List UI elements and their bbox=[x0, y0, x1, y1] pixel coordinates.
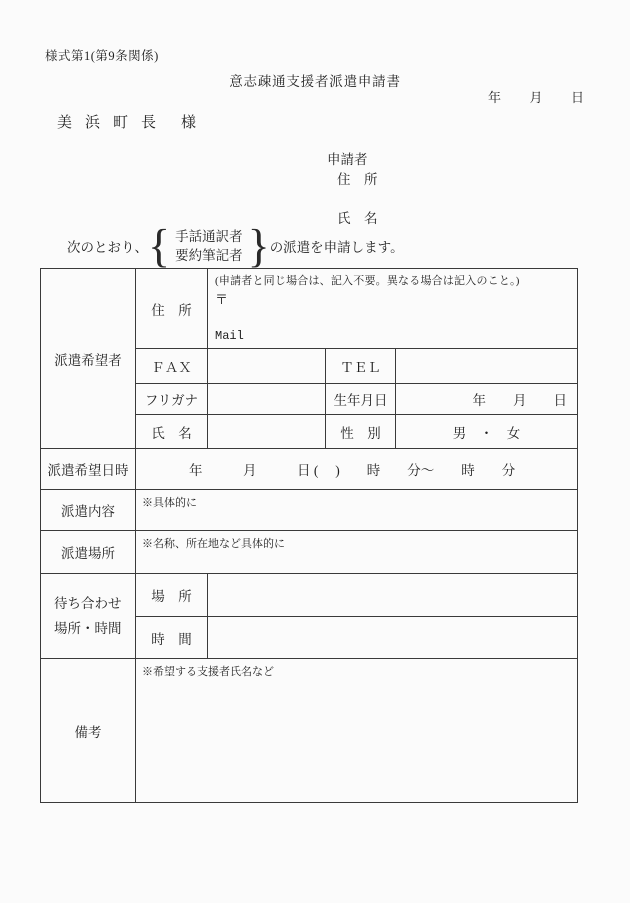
datetime-label: 派遣希望日時 bbox=[41, 449, 136, 490]
addressee: 美浜町長 様 bbox=[57, 111, 196, 132]
table-row: 派遣希望日時 年 月 日 ( ) 時 分～ 時 分 bbox=[41, 449, 578, 490]
intro-suffix: の派遣を申請します。 bbox=[270, 236, 404, 256]
mail-label: Mail bbox=[215, 329, 570, 343]
applicant-label: 申請者 bbox=[327, 148, 368, 168]
meeting-time-label: 時 間 bbox=[136, 617, 208, 659]
fax-label: ＦＡＸ bbox=[136, 349, 208, 384]
tel-label: ＴＥＬ bbox=[326, 349, 396, 384]
table-row: 派遣希望者 住 所 (申請者と同じ場合は、記入不要。異なる場合は記入のこと。) … bbox=[41, 269, 578, 349]
name-label: 氏 名 bbox=[136, 415, 208, 449]
intro-prefix: 次のとおり、 bbox=[67, 236, 148, 256]
meeting-label: 待ち合わせ 場所・時間 bbox=[41, 574, 136, 659]
address-label: 住 所 bbox=[136, 269, 208, 349]
option-sign-language-interpreter: 手話通訳者 bbox=[175, 227, 243, 246]
place-label: 派遣場所 bbox=[41, 531, 136, 574]
table-row: 待ち合わせ 場所・時間 場 所 bbox=[41, 574, 578, 617]
dispatch-type-options: 手話通訳者 要約筆記者 bbox=[175, 227, 243, 265]
meeting-label-line1: 待ち合わせ bbox=[54, 591, 135, 616]
table-row: 備考 ※希望する支援者氏名など bbox=[41, 659, 578, 803]
birthdate-value-cell: 年 月 日 bbox=[396, 384, 578, 415]
meeting-place-value-cell bbox=[208, 574, 578, 617]
form-number: 様式第1(第9条関係) bbox=[45, 46, 159, 64]
addressee-honorific: 様 bbox=[181, 111, 196, 132]
address-note: (申請者と同じ場合は、記入不要。異なる場合は記入のこと。) bbox=[215, 272, 570, 288]
meeting-time-value-cell bbox=[208, 617, 578, 659]
content-value-cell: ※具体的に bbox=[136, 490, 578, 531]
option-summary-scribe: 要約筆記者 bbox=[175, 246, 243, 265]
birthdate-label: 生年月日 bbox=[326, 384, 396, 415]
table-row: 派遣内容 ※具体的に bbox=[41, 490, 578, 531]
address-value-cell: (申請者と同じ場合は、記入不要。異なる場合は記入のこと。) 〒 Mail bbox=[208, 269, 578, 349]
left-brace: { bbox=[148, 223, 170, 270]
place-value-cell: ※名称、所在地など具体的に bbox=[136, 531, 578, 574]
date-day-label: 日 bbox=[571, 87, 584, 106]
content-label: 派遣内容 bbox=[41, 490, 136, 531]
right-brace: } bbox=[248, 223, 270, 270]
applicant-address-label: 住 所 bbox=[337, 168, 378, 188]
datetime-value-cell: 年 月 日 ( ) 時 分～ 時 分 bbox=[136, 449, 578, 490]
date-month-label: 月 bbox=[529, 87, 542, 106]
addressee-name: 美浜町長 bbox=[57, 111, 169, 132]
gender-label: 性 別 bbox=[326, 415, 396, 449]
date-line: 年 月 日 bbox=[488, 87, 584, 106]
dispatch-person-label: 派遣希望者 bbox=[41, 269, 136, 449]
remarks-value-cell: ※希望する支援者氏名など bbox=[136, 659, 578, 803]
furigana-value-cell bbox=[208, 384, 326, 415]
remarks-label: 備考 bbox=[41, 659, 136, 803]
meeting-place-label: 場 所 bbox=[136, 574, 208, 617]
date-year-label: 年 bbox=[488, 87, 501, 106]
table-row: 派遣場所 ※名称、所在地など具体的に bbox=[41, 531, 578, 574]
application-table: 派遣希望者 住 所 (申請者と同じ場合は、記入不要。異なる場合は記入のこと。) … bbox=[40, 268, 578, 803]
name-value-cell bbox=[208, 415, 326, 449]
postal-mark: 〒 bbox=[215, 289, 570, 308]
fax-value-cell bbox=[208, 349, 326, 384]
furigana-label: フリガナ bbox=[136, 384, 208, 415]
intro-sentence: 次のとおり、 { 手話通訳者 要約筆記者 } の派遣を申請します。 bbox=[67, 222, 404, 270]
tel-value-cell bbox=[396, 349, 578, 384]
gender-value-cell: 男 ・ 女 bbox=[396, 415, 578, 449]
meeting-label-line2: 場所・時間 bbox=[54, 616, 135, 641]
